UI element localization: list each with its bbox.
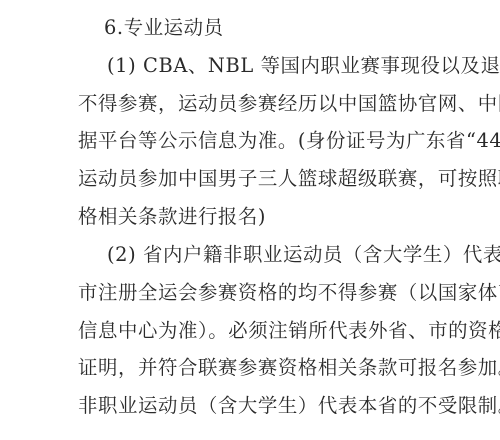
section-heading: 6.专业运动员 [104,16,454,40]
document-page: 6.专业运动员 (1) CBA、NBL 等国内职业赛事现役以及退役运动员均 不得… [0,0,500,440]
paragraph-1-line-1: (1) CBA、NBL 等国内职业赛事现役以及退役运动员均 [107,54,428,78]
paragraph-1-line-5: 格相关条款进行报名) [78,205,428,229]
paragraph-1-line-4: 运动员参加中国男子三人篮球超级联赛，可按照联赛参赛资 [78,167,428,191]
paragraph-2-line-2: 市注册全运会参赛资格的均不得参赛（以国家体育总局体育 [78,281,428,305]
paragraph-2-line-1: (2) 省内户籍非职业运动员（含大学生）代表外省、 [107,243,428,267]
paragraph-1-line-3: 据平台等公示信息为准。(身份证号为广东省“44”开头的 [78,129,428,153]
paragraph-1-line-2: 不得参赛，运动员参赛经历以中国篮协官网、中国篮协大数 [78,92,428,116]
paragraph-2-line-3: 信息中心为准）。必须注销所代表外省、市的资格提供注销 [78,319,428,343]
paragraph-2-line-4: 证明，并符合联赛参赛资格相关条款可报名参加。省内户籍 [78,356,428,380]
paragraph-2-line-5: 非职业运动员（含大学生）代表本省的不受限制。 [78,394,428,418]
